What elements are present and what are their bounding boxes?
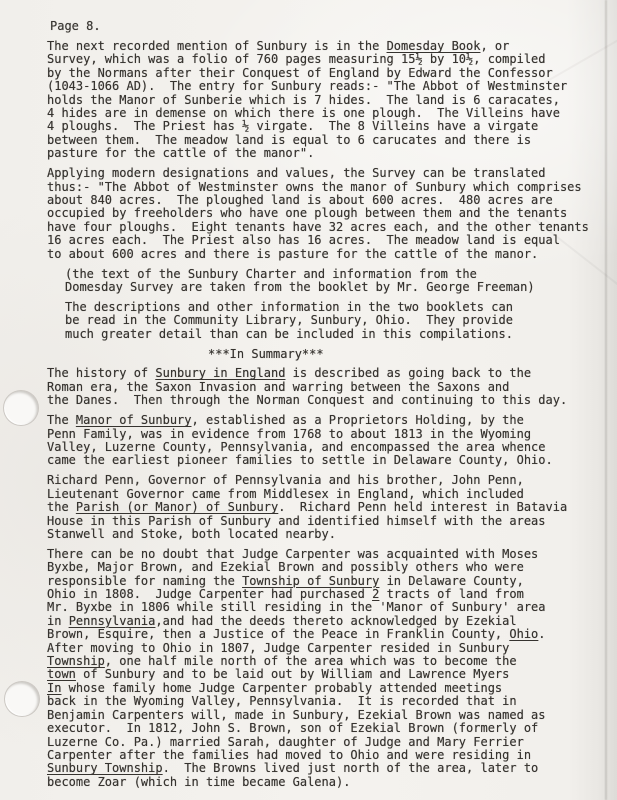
text-line: holds the Manor of Sunberie which is 7 h… — [47, 94, 603, 107]
text-segment: 4 hides are in demense on which there is… — [47, 106, 560, 120]
page-number: Page 8. — [50, 19, 101, 33]
hole-punch — [3, 390, 39, 426]
text-line: (1043-1066 AD). The entry for Sunbury re… — [47, 80, 603, 93]
text-line: Ohio in 1808. Judge Carpenter had purcha… — [47, 588, 603, 601]
text-line: Survey, which was a folio of 760 pages m… — [47, 53, 603, 66]
text-line: Lieutenant Governor came from Middlesex … — [47, 488, 603, 501]
underlined-text-segment: Township — [47, 654, 105, 668]
paragraph-manor-of-sunbury: The Manor of Sunbury, established as a P… — [47, 414, 603, 468]
text-line: about 840 acres. The ploughed land is ab… — [47, 194, 603, 207]
text-segment: The next recorded mention of Sunbury is … — [47, 39, 387, 53]
paragraph-judge-carpenter: There can be no doubt that Judge Carpent… — [47, 548, 603, 789]
text-line: have four ploughs. Eight tenants have 32… — [47, 221, 603, 234]
text-segment: ***In Summary*** — [208, 347, 324, 361]
text-segment: Benjamin Carpenters will, made in Sunbur… — [47, 708, 546, 722]
text-segment: much greater detail than can be included… — [65, 327, 513, 341]
hole-punch — [4, 681, 40, 717]
text-line: much greater detail than can be included… — [65, 328, 603, 341]
underlined-text-segment: Township of Sunbury — [242, 574, 379, 588]
text-segment: Richard Penn, Governor of Pennsylvania a… — [47, 473, 524, 487]
text-segment: the — [47, 500, 76, 514]
text-segment: is described as going back to the — [285, 366, 531, 380]
note-booklets-library: The descriptions and other information i… — [47, 301, 603, 341]
text-segment: . The Browns lived just north of the are… — [163, 761, 539, 775]
text-line: Mr. Byxbe in 1806 while still residing i… — [47, 601, 603, 614]
underlined-text-segment: In — [47, 681, 61, 695]
paragraph-domesday-book: The next recorded mention of Sunbury is … — [47, 40, 603, 161]
text-segment: Roman era, the Saxon Invasion and warrin… — [47, 380, 509, 394]
text-segment: , established as a Proprietors Holding, … — [192, 413, 524, 427]
text-segment: between them. The meadow land is equal t… — [47, 133, 531, 147]
text-line: After moving to Ohio in 1807, Judge Carp… — [47, 642, 603, 655]
text-segment: be read in the Community Library, Sunbur… — [65, 313, 513, 327]
text-segment: , or — [480, 39, 509, 53]
text-segment: Survey, which was a folio of 760 pages m… — [47, 52, 546, 66]
text-line: Carpenter after the families had moved t… — [47, 749, 603, 762]
text-line: Township, one half mile north of the are… — [47, 655, 603, 668]
text-line: in Pennsylvania,and had the deeds theret… — [47, 615, 603, 628]
text-line: Valley, Luzerne County, Pennsylvania, an… — [47, 441, 603, 454]
paragraph-history-england: The history of Sunbury in England is des… — [47, 367, 603, 407]
paragraph-richard-penn: Richard Penn, Governor of Pennsylvania a… — [47, 474, 603, 541]
text-segment: to about 600 acres and there is pasture … — [47, 247, 538, 261]
underlined-text-segment: Pennsylvania — [69, 614, 156, 628]
text-line: be read in the Community Library, Sunbur… — [65, 314, 603, 327]
text-segment: have four ploughs. Eight tenants have 32… — [47, 220, 589, 234]
text-line: There can be no doubt that Judge Carpent… — [47, 548, 603, 561]
text-segment: 16 acres each. The Priest also has 16 ac… — [47, 233, 560, 247]
text-line: The Manor of Sunbury, established as a P… — [47, 414, 603, 427]
text-line: Roman era, the Saxon Invasion and warrin… — [47, 381, 603, 394]
text-segment: The descriptions and other information i… — [65, 300, 513, 314]
text-line: The history of Sunbury in England is des… — [47, 367, 603, 380]
text-line: Applying modern designations and values,… — [47, 167, 603, 180]
text-line: Domesday Survey are taken from the bookl… — [65, 281, 603, 294]
text-line: Stanwell and Stoke, both located nearby. — [47, 528, 603, 541]
text-segment: Stanwell and Stoke, both located nearby. — [47, 527, 336, 541]
text-line: (the text of the Sunbury Charter and inf… — [65, 268, 603, 281]
text-line: pasture for the cattle of the manor". — [47, 147, 603, 160]
text-line: by the Normans after their Conquest of E… — [47, 67, 603, 80]
text-segment: Penn Family, was in evidence from 1768 t… — [47, 427, 531, 441]
text-line: 4 ploughs. The Priest has ½ virgate. The… — [47, 120, 603, 133]
text-segment: by the Normans after their Conquest of E… — [47, 66, 553, 80]
text-segment: tracts of land from — [379, 587, 524, 601]
text-segment: The — [47, 413, 76, 427]
text-segment: whose family home Judge Carpenter probab… — [61, 681, 502, 695]
text-segment: the Danes. Then through the Norman Conqu… — [47, 393, 567, 407]
text-line: to about 600 acres and there is pasture … — [47, 248, 603, 261]
text-line: responsible for naming the Township of S… — [47, 575, 603, 588]
underlined-text-segment: Domesday Book — [387, 39, 481, 53]
text-segment: become Zoar (which in time became Galena… — [47, 775, 350, 789]
text-segment: ,and had the deeds thereto acknowledged … — [155, 614, 516, 628]
text-segment: of Sunbury and to be laid out by William… — [76, 667, 509, 681]
text-segment: Applying modern designations and values,… — [47, 166, 546, 180]
text-line: House in this Parish of Sunbury and iden… — [47, 515, 603, 528]
underlined-text-segment: town — [47, 667, 76, 681]
text-line: thus:- "The Abbot of Westminster owns th… — [47, 181, 603, 194]
text-line: Byxbe, Major Brown, and Ezekial Brown an… — [47, 561, 603, 574]
text-line: Sunbury Township. The Browns lived just … — [47, 762, 603, 775]
text-segment: Valley, Luzerne County, Pennsylvania, an… — [47, 440, 546, 454]
text-line: Luzerne Co. Pa.) married Sarah, daughter… — [47, 736, 603, 749]
text-line: ***In Summary*** — [208, 348, 603, 361]
text-segment: Mr. Byxbe in 1806 while still residing i… — [47, 600, 546, 614]
text-segment: Luzerne Co. Pa.) married Sarah, daughter… — [47, 735, 524, 749]
text-segment: Carpenter after the families had moved t… — [47, 748, 531, 762]
text-line: town of Sunbury and to be laid out by Wi… — [47, 668, 603, 681]
text-line: Penn Family, was in evidence from 1768 t… — [47, 428, 603, 441]
text-segment: There can be no doubt that Judge Carpent… — [47, 547, 538, 561]
text-line: occupied by freeholders who have one plo… — [47, 207, 603, 220]
text-line: back in the Wyoming Valley, Pennsylvania… — [47, 695, 603, 708]
text-line: The descriptions and other information i… — [65, 301, 603, 314]
paragraph-survey-translation: Applying modern designations and values,… — [47, 167, 603, 261]
text-segment: Domesday Survey are taken from the bookl… — [65, 280, 535, 294]
text-segment: in Delaware County, — [379, 574, 524, 588]
text-segment: House in this Parish of Sunbury and iden… — [47, 514, 546, 528]
text-line: 16 acres each. The Priest also has 16 ac… — [47, 234, 603, 247]
text-line: become Zoar (which in time became Galena… — [47, 776, 603, 789]
document-body: The next recorded mention of Sunbury is … — [47, 40, 603, 796]
text-segment: about 840 acres. The ploughed land is ab… — [47, 193, 553, 207]
heading-in-summary: ***In Summary*** — [47, 348, 603, 361]
text-segment: pasture for the cattle of the manor". — [47, 146, 314, 160]
text-segment: holds the Manor of Sunberie which is 7 h… — [47, 93, 560, 107]
text-segment: Ohio in 1808. Judge Carpenter had purcha… — [47, 587, 372, 601]
text-line: In whose family home Judge Carpenter pro… — [47, 682, 603, 695]
text-line: Brown, Esquire, then a Justice of the Pe… — [47, 628, 603, 641]
text-segment: Lieutenant Governor came from Middlesex … — [47, 487, 524, 501]
paper-edge — [605, 0, 607, 800]
text-line: executor. In 1812, John S. Brown, son of… — [47, 722, 603, 735]
text-segment: executor. In 1812, John S. Brown, son of… — [47, 721, 538, 735]
text-line: the Parish (or Manor) of Sunbury. Richar… — [47, 501, 603, 514]
scanned-document-page: Page 8. The next recorded mention of Sun… — [0, 0, 617, 800]
text-segment: occupied by freeholders who have one plo… — [47, 206, 567, 220]
text-segment: (1043-1066 AD). The entry for Sunbury re… — [47, 79, 567, 93]
underlined-text-segment: Ohio — [509, 627, 538, 641]
text-segment: back in the Wyoming Valley, Pennsylvania… — [47, 694, 517, 708]
text-segment: After moving to Ohio in 1807, Judge Carp… — [47, 641, 509, 655]
underlined-text-segment: Parish (or Manor) of Sunbury — [76, 500, 278, 514]
text-segment: The history of — [47, 366, 155, 380]
underlined-text-segment: Manor of Sunbury — [76, 413, 192, 427]
text-segment: (the text of the Sunbury Charter and inf… — [65, 267, 477, 281]
text-line: came the earliest pioneer families to se… — [47, 454, 603, 467]
text-segment: in — [47, 614, 69, 628]
text-segment: . Richard Penn held interest in Batavia — [278, 500, 567, 514]
text-line: Richard Penn, Governor of Pennsylvania a… — [47, 474, 603, 487]
text-segment: 4 ploughs. The Priest has ½ virgate. The… — [47, 119, 538, 133]
text-line: the Danes. Then through the Norman Conqu… — [47, 394, 603, 407]
text-segment: thus:- "The Abbot of Westminster owns th… — [47, 180, 582, 194]
text-segment: , one half mile north of the area which … — [105, 654, 517, 668]
text-segment: responsible for naming the — [47, 574, 242, 588]
underlined-text-segment: Sunbury Township — [47, 761, 163, 775]
text-line: between them. The meadow land is equal t… — [47, 134, 603, 147]
note-charter-source: (the text of the Sunbury Charter and inf… — [47, 268, 603, 295]
text-segment: Byxbe, Major Brown, and Ezekial Brown an… — [47, 560, 524, 574]
text-segment: came the earliest pioneer families to se… — [47, 453, 553, 467]
text-segment: . — [538, 627, 545, 641]
underlined-text-segment: Sunbury in England — [155, 366, 285, 380]
text-line: Benjamin Carpenters will, made in Sunbur… — [47, 709, 603, 722]
text-segment: Brown, Esquire, then a Justice of the Pe… — [47, 627, 509, 641]
